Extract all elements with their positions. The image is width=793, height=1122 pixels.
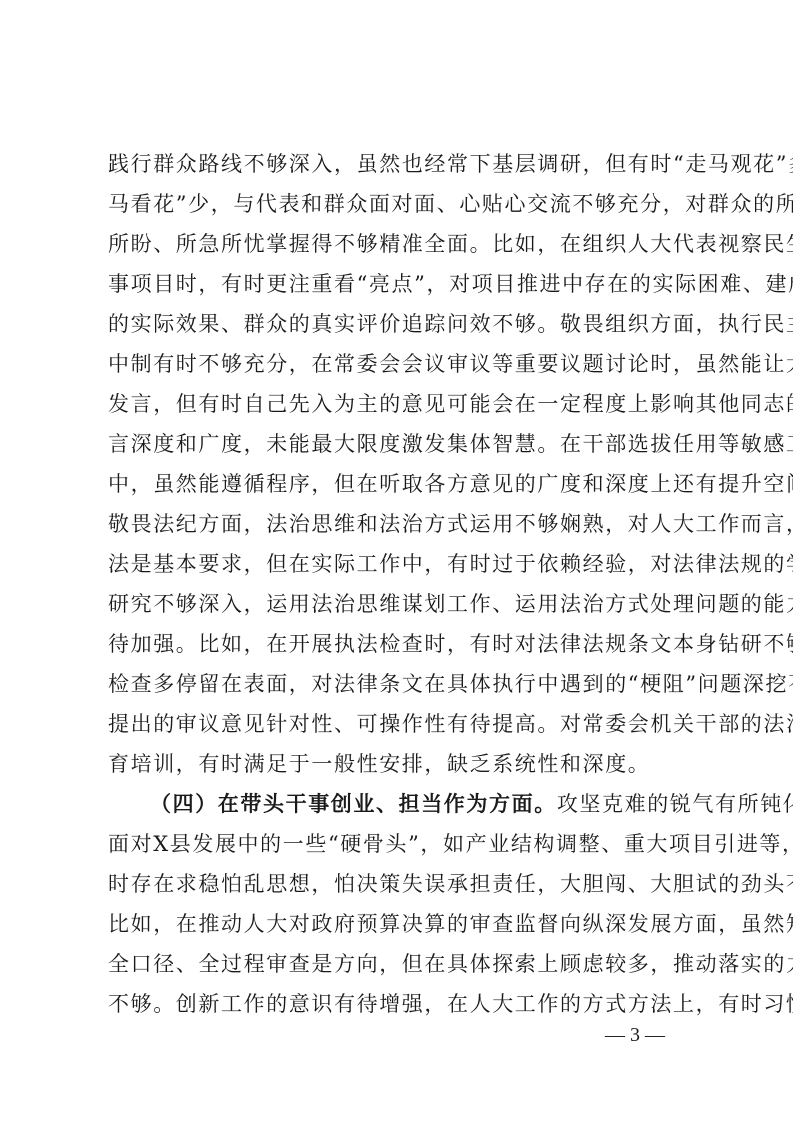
page-number: — 3 — (590, 1024, 680, 1047)
text-line: 研究不够深入，运用法治思维谋划工作、运用法治方式处理问题的能力有 (108, 584, 690, 624)
text-line: 比如，在推动人大对政府预算决算的审查监督向纵深发展方面，虽然知道 (108, 904, 690, 944)
text-line: 的实际效果、群众的真实评价追踪问效不够。敬畏组织方面，执行民主集 (108, 304, 690, 344)
section-heading: （四）在带头干事创业、担当作为方面。 (150, 791, 557, 816)
text-line: 践行群众路线不够深入，虽然也经常下基层调研，但有时“走马观花”多，“下 (108, 144, 690, 184)
text-line: 所盼、所急所忧掌握得不够精准全面。比如，在组织人大代表视察民生实 (108, 224, 690, 264)
section-heading-line: （四）在带头干事创业、担当作为方面。攻坚克难的锐气有所钝化， (108, 784, 690, 824)
text-line: 中，虽然能遵循程序，但在听取各方意见的广度和深度上还有提升空间。 (108, 464, 690, 504)
text-line: 检查多停留在表面，对法律条文在具体执行中遇到的“梗阻”问题深挖不够， (108, 664, 690, 704)
document-page: 践行群众路线不够深入，虽然也经常下基层调研，但有时“走马观花”多，“下 马看花”… (0, 0, 793, 1122)
text-line: 事项目时，有时更注重看“亮点”，对项目推进中存在的实际困难、建成后 (108, 264, 690, 304)
text-run: 攻坚克难的锐气有所钝化， (557, 792, 793, 816)
body-text: 践行群众路线不够深入，虽然也经常下基层调研，但有时“走马观花”多，“下 马看花”… (108, 144, 690, 1024)
text-line: 中制有时不够充分，在常委会会议审议等重要议题讨论时，虽然能让大家 (108, 344, 690, 384)
text-line: 法是基本要求，但在实际工作中，有时过于依赖经验，对法律法规的学习 (108, 544, 690, 584)
text-line: 马看花”少，与代表和群众面对面、心贴心交流不够充分，对群众的所思 (108, 184, 690, 224)
paragraph-2: （四）在带头干事创业、担当作为方面。攻坚克难的锐气有所钝化， 面对X县发展中的一… (108, 784, 690, 1024)
text-line: 育培训，有时满足于一般性安排，缺乏系统性和深度。 (108, 744, 690, 784)
text-line: 面对X县发展中的一些“硬骨头”，如产业结构调整、重大项目引进等，有 (108, 824, 690, 864)
text-line: 提出的审议意见针对性、可操作性有待提高。对常委会机关干部的法治教 (108, 704, 690, 744)
text-line: 待加强。比如，在开展执法检查时，有时对法律法规条文本身钻研不够透， (108, 624, 690, 664)
text-line: 言深度和广度，未能最大限度激发集体智慧。在干部选拔任用等敏感工作 (108, 424, 690, 464)
text-line: 敬畏法纪方面，法治思维和法治方式运用不够娴熟，对人大工作而言，依 (108, 504, 690, 544)
paragraph-1: 践行群众路线不够深入，虽然也经常下基层调研，但有时“走马观花”多，“下 马看花”… (108, 144, 690, 784)
text-line: 时存在求稳怕乱思想，怕决策失误承担责任，大胆闯、大胆试的劲头不足。 (108, 864, 690, 904)
text-line: 发言，但有时自己先入为主的意见可能会在一定程度上影响其他同志的发 (108, 384, 690, 424)
text-line: 不够。创新工作的意识有待增强，在人大工作的方式方法上，有时习惯于 (108, 984, 690, 1024)
text-line: 全口径、全过程审查是方向，但在具体探索上顾虑较多，推动落实的力度 (108, 944, 690, 984)
